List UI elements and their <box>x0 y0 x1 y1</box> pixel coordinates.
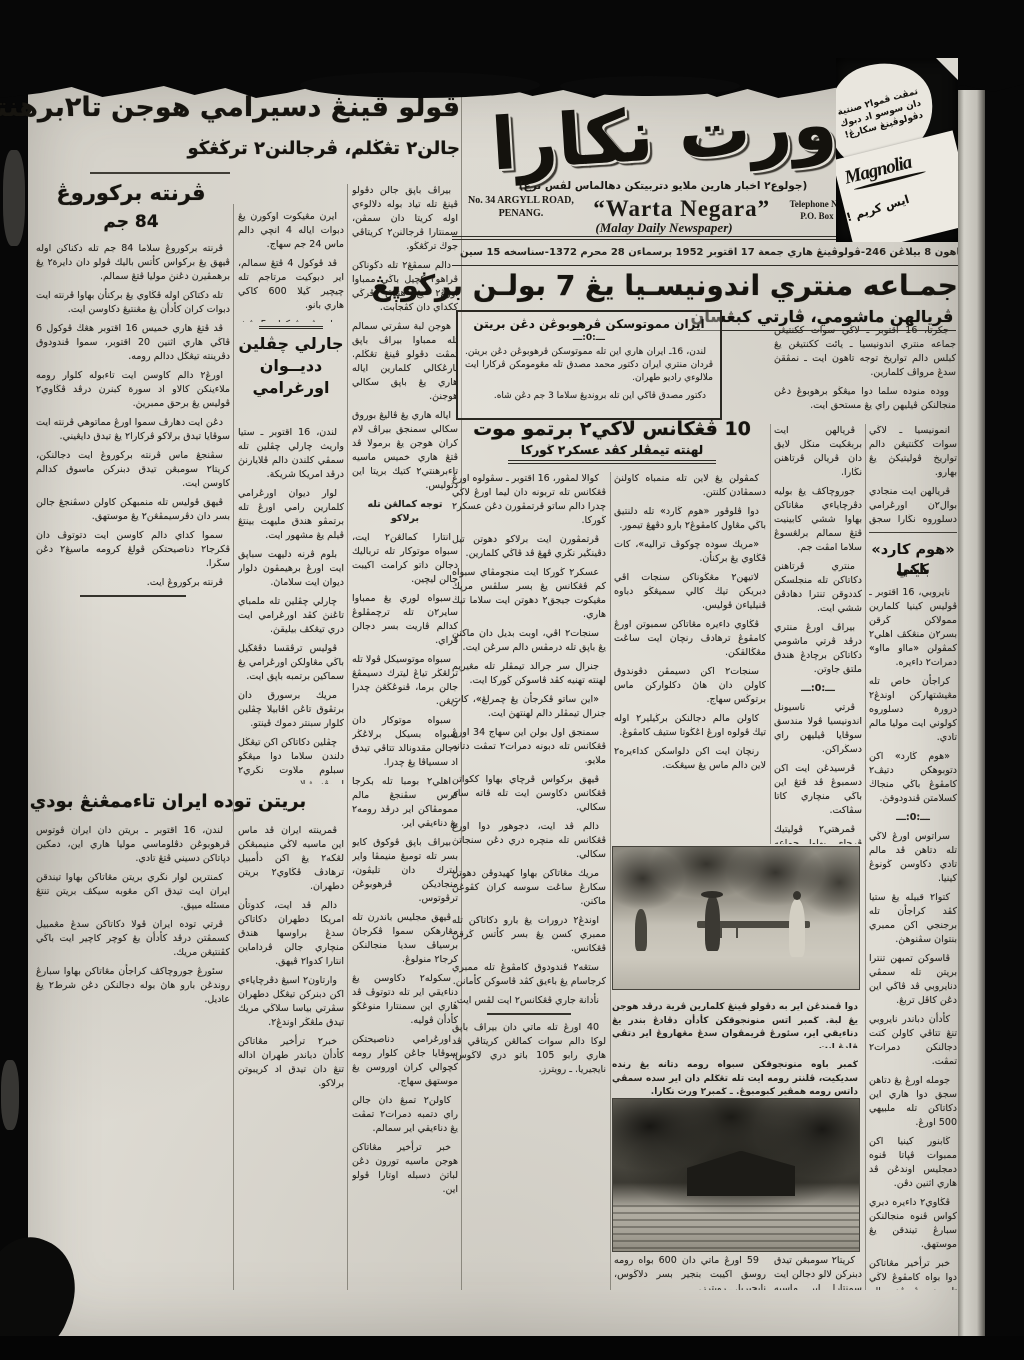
text-line: سڤنجڠ ماس ڤرنته بركوروڠ ايت دجالنكن، كري… <box>36 449 230 491</box>
iran-box-headline: ايران مموتوسكن ڤرهوبوڠن دڠن بريتن <box>465 317 713 331</box>
text-line: كريتا٢ سومبڠن تيدق دبنركن لالو دجالن ايت… <box>774 1254 862 1290</box>
text-line: كاولن مالم دجالنكن برڬيلير٢ اوله تيڬ ڤول… <box>614 712 766 740</box>
text-line: لندن، 16 اقتوبر ـ ستيا واريث چارلي چڤلين… <box>238 426 344 482</box>
text-line: انتارا كمالڠن٢ ايت، سبواه موتوكار تله تر… <box>352 531 458 587</box>
text-line: كراجأن خاص تله مڠيشتهاركن اوندڠ٢ درورة د… <box>869 675 957 745</box>
chaplin-headline-line1: جارلي چڤلين <box>238 333 344 355</box>
chaplin-rule <box>259 326 323 329</box>
text-line: ڤڬاوي داءيره مڠاتاكن سمبوتن اورڠ كامڤوڠ … <box>614 618 766 660</box>
text-line: خبر ترأخير مڠاتاكن هوجن ماسيه تورون دڠن … <box>352 1141 458 1197</box>
kenya-rule <box>869 532 957 533</box>
figure-light-dress <box>789 899 805 957</box>
text-line: سمنجق اول بولن اين سهاج 34 اورڠ ڤڠكانس ت… <box>452 726 606 768</box>
edition-date: ڤولوڤينڠ هاري جمعة 17 اقتوبر 1952 برسماء… <box>549 247 861 258</box>
text-line: ڤوليس ترڤقسا دڤڠڬيل باڬي مڠاولكن اورڠرام… <box>238 642 344 684</box>
column-e-bottom: 59 اورڠ ماتي دان 600 بواه رومه روسق اكيب… <box>614 1254 766 1290</box>
figure-child <box>635 909 647 951</box>
curfew-duration: 84 جم <box>36 210 226 234</box>
text-line: - <box>80 595 187 597</box>
masthead-title-english: “Warta Negara” <box>593 196 770 222</box>
column-rule-ef <box>770 424 771 844</box>
curfew-rule <box>90 172 230 174</box>
scan-blot-top2 <box>560 76 740 96</box>
cabinet-column-g-top: انمونيسيا ـ لاڬي سوات كڬنتيڠن دالم تواري… <box>869 424 957 528</box>
text-line: جنرال سر جرالد تيمڤلر تله مڠيريم لهنته ت… <box>452 660 606 688</box>
text-line: «مريك سوده چوكوڤ تراليه»، كات ڤڬاوي يڠ ب… <box>614 538 766 566</box>
text-line: سبواه موتوكار دان سبواه بسيكل برلاڠڬر دج… <box>352 714 458 770</box>
text-line: منتري ڤرتاهنن دكاتاكن تله منجلسكن كددوقن… <box>774 560 862 616</box>
chaplin-headline-line3: اورغرامي <box>238 377 344 399</box>
gurkha-rule <box>508 460 716 464</box>
text-line: ڤرنته بركوروڠ سلاما 84 جم تله دكناكن اول… <box>36 242 230 284</box>
text-line: خبر٢ ترأخير مڠاتاكن كأدأن دباندر طهران ا… <box>238 1035 344 1091</box>
scan-blot-top <box>300 72 540 98</box>
text-line: جكرتا، 16 اقتوبر ـ لاڬي سوات ككنتيڠن جما… <box>774 324 956 380</box>
text-line: ڤمرهتي٢ ڤوليتيك ڤرچاي بهاوا جماعه منتري … <box>774 823 862 844</box>
chaplin-headline-block: جارلي چڤلين دديــوان اورغرامي <box>238 326 344 420</box>
text-line: سبواه لوري يڠ ممباوا ساير٢ن تله ترچمڤلوڠ… <box>352 592 458 648</box>
gurkha-subheadline: لهنته تيمڤلر كڤد عسكر٢ ڬوركا <box>452 442 772 458</box>
text-line: كوالا لمڤور، 16 اقتوبر ـ سڤولوه اورڠ ڤڠك… <box>452 472 606 528</box>
address-line1: No. 34 ARGYLL ROAD, <box>468 194 574 207</box>
text-line: 40 اورڠ تله ماتي دان بيراڤ باڽق لوكا دال… <box>452 1021 606 1077</box>
tudeh-column-a: لندن، 16 اقتوبر ـ بريتن دان ايران ڤوتوس … <box>36 824 230 1288</box>
text-line: سكوله٢ دكاوسن يڠ دناءيقي اير تله دتوتوڤ … <box>352 972 458 1028</box>
photo-caption-top: دوا ڤمندڠن اير به دڤولو ڤينڠ كلمارين ڤري… <box>612 992 858 1048</box>
text-line: نايروبي، 16 اقتوبر ـ ڤوليس كينيا كلمارين… <box>869 586 957 670</box>
text-line: كأدأن دباندر نايروبي تنڠ تتاڤي كاولن كتت… <box>869 1013 957 1069</box>
edition-year-issue: تاهون 8 بيلاڠن 246 <box>865 247 964 258</box>
masthead-address: No. 34 ARGYLL ROAD, PENANG. <box>468 194 574 220</box>
cabinet-column-f: ڤريالهن ايت بربڠكيت منڬل لايق دان ڤريالن… <box>774 424 862 844</box>
text-line: سموا كداي دالم كاوسن ايت دتوتوڤ دان ڤكرج… <box>36 529 230 571</box>
text-line: ڤيهق بركواس ڤرچاي بهاوا ككواتن ڤڠكانس دك… <box>452 773 606 815</box>
kenya-headline-line2: كينيا <box>865 560 961 580</box>
text-line: انمونيسيا ـ لاڬي سوات كڬنتيڠن دالم تواري… <box>869 424 957 480</box>
text-line: اوندڠ٢ درورات يڠ بارو دكاتاكن تله ممبري … <box>452 914 606 956</box>
text-line: اورڠرامي دناصيحتكن سوڤايا جاڠن كلوار روم… <box>352 1033 458 1089</box>
text-line: دالم ڤد ايت، دجوهور دوا اورڠ ڤڠكانس تله … <box>452 820 606 862</box>
flood-column-b: ايرن مڠيكوت اوكورن يڠ دبوات اياله 4 انچي… <box>238 210 344 322</box>
text-line: توجه كمالڠن تله برلاكو <box>352 498 458 526</box>
text-line: «اين ساتو ڤكرجأن يڠ چمرلڠ»، كات جنرال تي… <box>452 693 606 721</box>
text-line: ڤد ڤوكول 4 ڤتڠ سمالم، اير دبوكيت مرتاجم … <box>238 257 344 313</box>
tudeh-headline: بريتن توده ايران تاءممڠنڠ بودي <box>28 786 308 818</box>
text-line: رنچان ايت اكن دلواسكن كداءيره٢ لاين دالم… <box>614 745 766 773</box>
text-line: بيراڤ باڽق جالن دڤولو ڤينڠ تله تياد بوله… <box>352 184 458 254</box>
magnolia-ad: تمڤت ڤموا٢ صنتية دان سوسو اد دبوك دڤولوڤ… <box>836 58 958 242</box>
text-line: لندن، 16 اقتوبر ـ بريتن دان ايران ڤوتوس … <box>36 824 230 866</box>
cabinet-lead: جكرتا، 16 اقتوبر ـ لاڬي سوات ككنتيڠن جما… <box>774 324 956 420</box>
text-line: كاولن٢ تمبڠ دان جالن راي دتمبه دمرات٢ تم… <box>352 1094 458 1136</box>
gurkha-column-d: كوالا لمڤور، 16 اقتوبر ـ سڤولوه اورڠ ڤڠك… <box>452 472 606 1290</box>
column-rule-de <box>610 472 611 1290</box>
homeguard-column-e: كمڤولن يڠ لاين تله منمباه كاولنڽ دسمڤادن… <box>614 472 766 840</box>
tudeh-column-b: ڤمرينته ايران ڤد ماس اين ماسيه لاڬي منيم… <box>238 824 344 1288</box>
text-line: ڤريالهن ايت منجادي بوال٢ن اورڠرامي دسلور… <box>869 485 957 528</box>
flood-photo-top <box>612 846 860 990</box>
text-line: ـــ:0:ـــ <box>869 811 957 825</box>
text-line: دوا ڤلوڤور «هوم ڬارد» تله دلنتيق باڬي مڠ… <box>614 505 766 533</box>
text-line: كمنترين لوار نڬري بريتن مڠاتاكن بهاوا تي… <box>36 871 230 913</box>
text-line: ڤمرينته ايران ڤد ماس اين ماسيه لاڬي منيم… <box>238 824 344 894</box>
text-line: نأدانة جاري ڤڠكانس٢ ايت لڤس ايت. <box>452 994 606 1008</box>
text-line: هوجن لبة سڤرتي سمالم تله ممباوا بيراڤ با… <box>352 320 458 404</box>
text-line: لاتيهن٢ مڠڬوناكن سنجات اڤي دبريكن تيڬ كا… <box>614 571 766 613</box>
figure-light-dress-head <box>793 891 801 900</box>
scan-blot-left2 <box>1 1060 19 1130</box>
text-line: اهلي٢ بومبا تله بكرجا كرس سڤنجڠ مالم ممو… <box>352 775 458 831</box>
text-line: ڤاسوكن تمبهن تنترا بريتن تله سمڤي دنايرو… <box>869 952 957 1008</box>
text-line: دان ڤد ڤوكول 5 ڤتڠ، كمالڠن٢ كچيل اياله ب… <box>238 318 344 322</box>
kenya-column-g: نايروبي، 16 اقتوبر ـ ڤوليس كينيا كلمارين… <box>869 586 957 1290</box>
text-line: ڤد ڤتڠ هاري خميس 16 اقتوبر هڠڬ ڤوكول 6 ڤ… <box>36 322 230 364</box>
scan-bottom-band <box>0 1336 1024 1360</box>
text-line: اياله هاري يڠ ڤاليڠ بوروق سكالي سمنجق بي… <box>352 409 458 493</box>
text-line: وارتاون٢ اسيڠ دڤرچاياءي اكن دبنركن تيڠڬل… <box>238 974 344 1030</box>
column-rule-ab <box>233 204 234 1290</box>
dateline-dash1: - <box>861 247 865 258</box>
text-line: ووده منوده سلما دوا ميڠڬو برهوبوڠ دڠن من… <box>774 385 956 413</box>
flood-water <box>613 1205 859 1251</box>
figure-woman <box>705 895 720 951</box>
text-line: ڤرتي ناسيونل اندونيسيا ڤولا مندسق سوڤايا… <box>774 701 862 757</box>
text-line: سئورڠ جوروچاكڤ كراجأن مڠاتاكن بهاوا سبار… <box>36 965 230 1007</box>
iran-box-separator: ـــ:0:ـــ <box>465 333 713 343</box>
text-line: دكتور مصدق ڤاڬي اين تله برونديڠ سلاما 3 … <box>465 390 713 403</box>
adjacent-page-edge <box>958 90 985 1336</box>
text-line: ڤڬاوي٢ داءيره دبري كواس ڤنوه منجالنكن سب… <box>869 1196 957 1252</box>
dateline-dash2: - <box>545 247 549 258</box>
text-line: دوا ڤمندڠن اير به دڤولو ڤينڠ كلمارين ڤري… <box>612 1001 858 1048</box>
text-line: لندن، 16ـ ايران هاري اين تله مموتوسكن ڤر… <box>465 346 713 385</box>
flood-column-c: بيراڤ باڽق جالن دڤولو ڤينڠ تله تياد بوله… <box>352 184 458 1290</box>
text-line: ايرن مڠيكوت اوكورن يڠ دبوات اياله 4 انچي… <box>238 210 344 252</box>
text-line: ڤرنته بركوروڠ ايت. <box>36 576 230 590</box>
masthead-subtitle-english: (Malay Daily Newspaper) <box>468 220 860 236</box>
text-line: اورڠ٢ دالم كاوسن ايت تاءبوله كلوار رومه … <box>36 369 230 411</box>
masthead-tagline: (جولوع٢ اخبار هارين ملايو دتربيتكن دهالم… <box>490 180 836 192</box>
text-line: بيراڤ اورڠ منتري درڤد ڤرتي ماشومي دكاتاك… <box>774 621 862 677</box>
text-line: ڬابنور كينيا اكن ممبوات ڤڽاتا ڤنوه دمجلي… <box>869 1135 957 1191</box>
text-line: كمڤولن يڠ لاين تله منمباه كاولنڽ دسمڤادن… <box>614 472 766 500</box>
gurkha-headline: 10 ڤڠكانس لاكي٢ برتمو موت <box>452 416 772 442</box>
chaplin-headline-line2: دديــوان <box>238 355 344 377</box>
text-line: سبواه موتوسيكل ڤولا تله ترلڠڬر تياڠ ليتر… <box>352 653 458 709</box>
text-line: چڤلين دكاتاكن اكن تيڠڬل دلندن سلاما دوا … <box>238 736 344 784</box>
scan-blot-left1 <box>3 150 25 246</box>
text-line: ڤرتمڤورن ايت برلاكو دهوتن تبل دڤينڬير نڬ… <box>452 533 606 561</box>
ad-page-curl <box>934 58 958 82</box>
text-line: ڤيهق مجليس باندرن تله مڠارهكن سموا ڤكرجا… <box>352 911 458 967</box>
text-line: سنجات٢ اڤي، اوبت بديل دان ماكنن يڠ باڽق … <box>452 627 606 655</box>
text-line: عسكر٢ ڬوركا ايت منجومڤاي سبواه كم ڤڠكانس… <box>452 566 606 622</box>
flood-subheadline: جالن٢ تڠڬلم، ڤرجالنن٢ ترڬڠڬو <box>220 134 460 164</box>
newspaper-page: ڤولو ڤينڠ دسيرامي هوجن تا٢برهنتي ٢ جالن٢… <box>28 84 958 1336</box>
address-line2: PENANG. <box>468 207 574 220</box>
flood-photo-bottom <box>612 1098 860 1252</box>
text-line: ستڠه٢ ڤندودوق كامڤوڠ تله ممبري كرجاسام ي… <box>452 961 606 989</box>
iran-box: ايران مموتوسكن ڤرهوبوڠن دڠن بريتن ـــ:0:… <box>456 310 722 420</box>
cabinet-headline: جمـاعه منتري اندونيسـيا يڠ 7 بولـن برڬوڽ… <box>452 266 958 306</box>
text-line: ڤرسيدڠن ايت اكن دسمبوڠ ڤد ڤتڠ اين باڬي م… <box>774 762 862 818</box>
text-line: سنجات٢ اكن دسيمڤن دڤوندوق كاولن دان هاڽ … <box>614 665 766 707</box>
text-line: ڤيهق ڤوليس تله منمبهكن كاولن دسڤنجڠ جالن… <box>36 496 230 524</box>
text-line: دالم ڤد ايت، كدوتأن امريكا دطهران دكاتاك… <box>238 899 344 969</box>
text-line: لوار ديوان اورڠرامي كلمارين رامي اورڠ تل… <box>238 487 344 543</box>
text-line: خبر ترأخير مڠاتاكن دوا بواه كامڤوڠ لاڬي … <box>869 1257 957 1290</box>
text-line: بيراڤ باڽق ڤوكوق كايو بسر تله تومبڠ منيم… <box>352 836 458 906</box>
newspaper-scan: ڤولو ڤينڠ دسيرامي هوجن تا٢برهنتي ٢ جالن٢… <box>0 0 1024 1360</box>
flooded-house <box>687 1151 795 1197</box>
iran-box-body: لندن، 16ـ ايران هاري اين تله مموتوسكن ڤر… <box>465 346 713 408</box>
text-line: جومله اورڠ يڠ دتاهن سجق دوا هاري اين دكا… <box>869 1074 957 1130</box>
text-line: ڤرتي توده ايران ڤولا دكاتاكن سدڠ مڠمبيل … <box>36 918 230 960</box>
photo-caption-bottom: ڬمبر باوه منونجوقكن سبواه رومه دتانه يڠ … <box>612 1050 858 1096</box>
text-line: - <box>487 1013 572 1015</box>
flood-column-a: ڤرنته بركوروڠ سلاما 84 جم تله دكناكن اول… <box>36 242 230 782</box>
text-line: «هوم ڬارد» اكن دتوبوهكن دتيڤ٢ كامڤوڠ باڬ… <box>869 750 957 806</box>
text-line: دڠن ايت دهارڤ سموا اورڠ مماتوهي ڤرنته اي… <box>36 416 230 444</box>
text-line: بلوم ڤرنه دليهت سباڽق ايت اورڠ برهيمڤون … <box>238 548 344 590</box>
text-line: كتوا٢ قبيله يڠ ستيا كڤد كراجأن تله برجنج… <box>869 891 957 947</box>
curfew-headline: ڤرنته بركوروڠ <box>36 178 226 208</box>
text-line: ڤريالهن ايت بربڠكيت منڬل لايق دان ڤريالن… <box>774 424 862 480</box>
text-line: ڬمبر باوه منونجوقكن سبواه رومه دتانه يڠ … <box>612 1059 858 1096</box>
text-line: تله دكتاكن اوله ڤڬاوي يڠ بركنأن بهاوا ڤر… <box>36 289 230 317</box>
text-line: مريك مڠاتاكن بهاوا كهيدوڤن دهوتن سكارڠ س… <box>452 867 606 909</box>
text-line: چارلي چڤلين تله ملمباي تاڠنڽ كڤد اورڠرام… <box>238 595 344 637</box>
text-line: 59 اورڠ ماتي دان 600 بواه رومه روسق اكيب… <box>614 1254 766 1290</box>
chaplin-column-b: لندن، 16 اقتوبر ـ ستيا واريث چارلي چڤلين… <box>238 426 344 784</box>
text-line: سراتوس اورڠ لاڬي تله دتاهن ڤد مالم تادي … <box>869 830 957 886</box>
edition-price: سناسخه 15 سين <box>460 247 545 258</box>
text-line: جوروچاكڤ يڠ بوليه دڤرچاياءي مڠاتاكن بهاو… <box>774 485 862 555</box>
column-f-bottom: كريتا٢ سومبڠن تيدق دبنركن لالو دجالن ايت… <box>774 1254 862 1290</box>
text-line: ـــ:0:ـــ <box>774 682 862 696</box>
text-line: مريك برسورق دان برتڤوق تاڠن اڤابيلا چڤلي… <box>238 689 344 731</box>
column-rule-bc <box>347 184 348 1290</box>
figure-woman-hat <box>701 891 723 898</box>
